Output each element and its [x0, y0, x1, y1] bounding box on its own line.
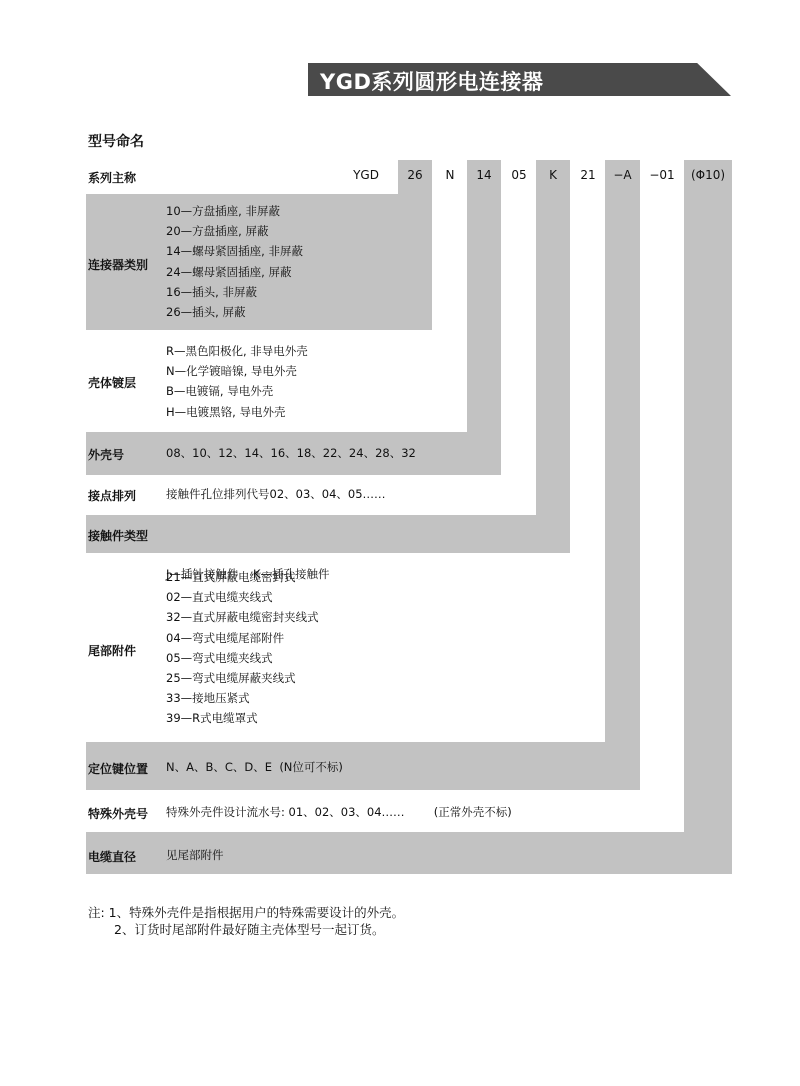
option: 14—螺母紧固插座, 非屏蔽 — [166, 241, 303, 261]
option: 25—弯式电缆屏蔽夹线式 — [166, 668, 319, 688]
column-cable-diameter — [684, 160, 732, 874]
row-label-rear-accessory: 尾部附件 — [88, 642, 136, 659]
option: 26—插头, 屏蔽 — [166, 302, 303, 322]
row-options-special-shell: 特殊外壳件设计流水号: 01、02、03、04…… (正常外壳不标) — [166, 802, 512, 822]
option: 16—插头, 非屏蔽 — [166, 282, 303, 302]
code-connector-type: 26 — [398, 168, 432, 182]
row-options-insert-arrangement: 接触件孔位排列代号02、03、04、05…… — [166, 484, 386, 504]
code-cable-diameter: (Φ10) — [684, 168, 732, 182]
row-label-contact-type: 接触件类型 — [88, 527, 148, 544]
code-plating: N — [433, 168, 467, 182]
option: N—化学镀暗镍, 导电外壳 — [166, 361, 308, 381]
option: 特殊外壳件设计流水号: 01、02、03、04…… (正常外壳不标) — [166, 802, 512, 822]
code-contact-type: K — [536, 168, 570, 182]
option: 20—方盘插座, 屏蔽 — [166, 221, 303, 241]
option: 见尾部附件 — [166, 845, 224, 865]
option: 39—R式电缆罩式 — [166, 708, 319, 728]
option: 32—直式屏蔽电缆密封夹线式 — [166, 607, 319, 627]
title-banner: YGD系列圆形电连接器 — [308, 63, 731, 96]
column-key-position — [605, 160, 640, 790]
option: N、A、B、C、D、E (N位可不标) — [166, 757, 343, 777]
option: 10—方盘插座, 非屏蔽 — [166, 201, 303, 221]
row-label-plating: 壳体镀层 — [88, 374, 136, 391]
note-2: 2、订货时尾部附件最好随主壳体型号一起订货。 — [88, 921, 404, 938]
option: 04—弯式电缆尾部附件 — [166, 628, 319, 648]
code-shell-size: 14 — [467, 168, 501, 182]
code-special-shell: −01 — [641, 168, 683, 182]
option: 05—弯式电缆夹线式 — [166, 648, 319, 668]
notes: 注: 1、特殊外壳件是指根据用户的特殊需要设计的外壳。 2、订货时尾部附件最好随… — [88, 904, 404, 938]
column-contact-type — [536, 160, 570, 553]
code-key-position: −A — [605, 168, 640, 182]
option: 24—螺母紧固插座, 屏蔽 — [166, 262, 303, 282]
row-label-special-shell: 特殊外壳号 — [88, 805, 148, 822]
option: 接触件孔位排列代号02、03、04、05…… — [166, 484, 386, 504]
row-label-insert-arrangement: 接点排列 — [88, 487, 136, 504]
code-insert-arrangement: 05 — [502, 168, 536, 182]
option: 02—直式电缆夹线式 — [166, 587, 319, 607]
row-options-plating: R—黑色阳极化, 非导电外壳 N—化学镀暗镍, 导电外壳 B—电镀镉, 导电外壳… — [166, 341, 308, 422]
row-label-key-position: 定位键位置 — [88, 760, 148, 777]
option: 33—接地压紧式 — [166, 688, 319, 708]
row-label-cable-diameter: 电缆直径 — [88, 848, 136, 865]
code-series: YGD — [346, 168, 386, 182]
row-options-rear-accessory: 21—直式屏蔽电缆密封式 02—直式电缆夹线式 32—直式屏蔽电缆密封夹线式 0… — [166, 567, 319, 729]
section-title: 型号命名 — [88, 131, 144, 151]
option: R—黑色阳极化, 非导电外壳 — [166, 341, 308, 361]
option: 21—直式屏蔽电缆密封式 — [166, 567, 319, 587]
header-label: 系列主称 — [88, 169, 136, 186]
column-shell-size — [467, 160, 501, 475]
code-accessory: 21 — [571, 168, 605, 182]
option: B—电镀镉, 导电外壳 — [166, 381, 308, 401]
row-label-connector-type: 连接器类别 — [88, 256, 148, 273]
note-1: 注: 1、特殊外壳件是指根据用户的特殊需要设计的外壳。 — [88, 904, 404, 921]
option: 08、10、12、14、16、18、22、24、28、32 — [166, 443, 416, 463]
row-options-cable-diameter: 见尾部附件 — [166, 845, 224, 865]
row-options-key-position: N、A、B、C、D、E (N位可不标) — [166, 757, 343, 777]
document-title: YGD系列圆形电连接器 — [320, 66, 543, 96]
option: H—电镀黑铬, 导电外壳 — [166, 402, 308, 422]
row-label-shell-size: 外壳号 — [88, 446, 124, 463]
row-options-connector-type: 10—方盘插座, 非屏蔽 20—方盘插座, 屏蔽 14—螺母紧固插座, 非屏蔽 … — [166, 201, 303, 322]
row-options-shell-size: 08、10、12、14、16、18、22、24、28、32 — [166, 443, 416, 463]
